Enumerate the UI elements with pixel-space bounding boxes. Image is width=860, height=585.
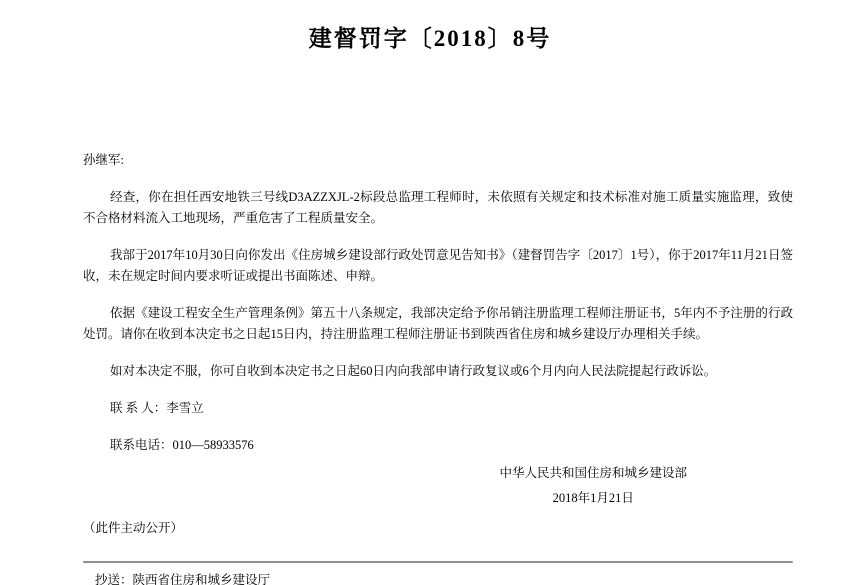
addressee-name: 孙继军: [83,150,793,171]
paragraph-prior-notice: 我部于2017年10月30日向你发出《住房城乡建设部行政处罚意见告知书》（建督罚… [83,245,793,287]
paragraph-findings: 经查，你在担任西安地铁三号线D3AZZXJL-2标段总监理工程师时，未依照有关规… [83,187,793,229]
document-body: 孙继军: 经查，你在担任西安地铁三号线D3AZZXJL-2标段总监理工程师时，未… [83,150,793,585]
issuer-name: 中华人民共和国住房和城乡建设部 [499,463,687,484]
footer-divider-line [83,561,793,563]
issue-date: 2018年1月21日 [499,488,687,509]
contact-person-line: 联 系 人：李雪立 [83,398,793,419]
signature-block: 中华人民共和国住房和城乡建设部 2018年1月21日 [499,463,687,509]
document-page: 建督罚字〔2018〕8号 孙继军: 经查，你在担任西安地铁三号线D3AZZXJL… [0,0,860,585]
disclosure-note: （此件主动公开） [83,518,793,539]
paragraph-appeal-rights: 如对本决定不服，你可自收到本决定书之日起60日内向我部申请行政复议或6个月内向人… [83,361,793,382]
contact-phone-line: 联系电话：010—58933576 [83,435,793,456]
cc-recipient-line: 抄送：陕西省住房和城乡建设厅 [95,570,793,585]
paragraph-penalty-decision: 依据《建设工程安全生产管理条例》第五十八条规定，我部决定给予你吊销注册监理工程师… [83,303,793,345]
document-title: 建督罚字〔2018〕8号 [0,0,860,52]
